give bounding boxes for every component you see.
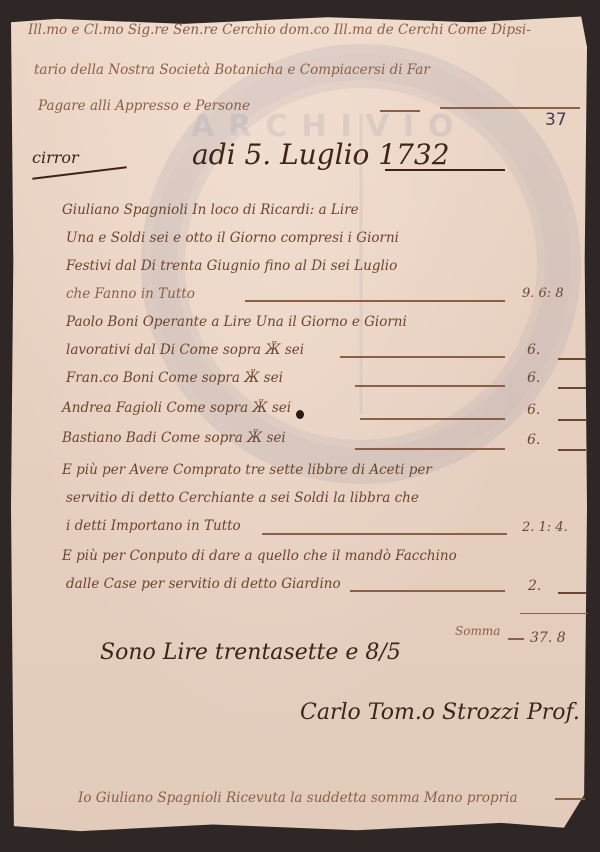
- header-line-1: Ill.mo e Cl.mo Sig.re Sen.re Cerchio dom…: [28, 22, 531, 38]
- amount-rule: [558, 419, 586, 421]
- leader-dashes: [350, 590, 505, 592]
- entry-amount: 6.: [527, 342, 540, 358]
- entry-amount: 2.: [528, 578, 541, 594]
- date-line: adi 5. Luglio 1732: [192, 138, 450, 171]
- leader-dashes: [355, 385, 505, 387]
- left-mark: cirror: [32, 148, 79, 167]
- entry-line: E più per Conputo di dare a quello che i…: [62, 548, 457, 564]
- entry-amount: 2. 1: 4.: [522, 520, 568, 535]
- page-number: 37: [545, 110, 567, 130]
- entry-line: i detti Importano in Tutto: [66, 518, 241, 534]
- total-rule: [520, 613, 588, 614]
- entry-line: Paolo Boni Operante a Lire Una il Giorno…: [66, 314, 407, 330]
- receipt-line: Io Giuliano Spagnioli Ricevuta la suddet…: [78, 790, 518, 806]
- ink-blot: [296, 410, 304, 419]
- leader-dashes: [355, 448, 505, 450]
- amount-rule: [558, 358, 586, 360]
- entry-line: servitio di detto Cerchiante a sei Soldi…: [66, 490, 419, 506]
- total-label: Somma: [455, 624, 500, 638]
- entry-line: lavorativi dal Di Come sopra Ӝ sei: [66, 342, 304, 358]
- date-underline: [385, 169, 505, 171]
- header-line-2: tario della Nostra Società Botanicha e C…: [34, 62, 430, 78]
- leader-dashes: [262, 533, 507, 535]
- entry-line: Una e Soldi sei e otto il Giorno compres…: [66, 230, 399, 246]
- leader-dashes: [340, 356, 505, 358]
- entry-amount: 9. 6: 8: [522, 286, 564, 301]
- entry-line: Andrea Fagioli Come sopra Ӝ sei: [62, 400, 291, 416]
- signature: Carlo Tom.o Strozzi Prof.: [300, 700, 580, 725]
- entry-line: Giuliano Spagnioli In loco di Ricardi: a…: [62, 202, 359, 218]
- entry-line: dalle Case per servitio di detto Giardin…: [66, 576, 341, 592]
- leader-dashes: [245, 300, 505, 302]
- header-dash: [380, 110, 420, 112]
- leader-dashes: [360, 418, 505, 420]
- entry-amount: 6.: [527, 432, 540, 448]
- amount-rule: [558, 449, 586, 451]
- amount-rule: [558, 387, 586, 389]
- receipt-dash: [555, 798, 585, 800]
- header-line-3: Pagare alli Appresso e Persone: [38, 98, 250, 114]
- entry-line: Fran.co Boni Come sopra Ӝ sei: [66, 370, 283, 386]
- entry-amount: 6.: [527, 370, 540, 386]
- total-amount: 37. 8: [530, 630, 566, 646]
- amount-rule: [558, 592, 586, 594]
- sum-in-words: Sono Lire trentasette e 8/5: [100, 640, 401, 665]
- entry-line: che Fanno in Tutto: [66, 286, 195, 302]
- total-dash: [508, 638, 524, 640]
- entry-line: E più per Avere Comprato tre sette libbr…: [62, 462, 432, 478]
- entry-line: Festivi dal Di trenta Giugnio fino al Di…: [66, 258, 397, 274]
- entry-line: Bastiano Badi Come sopra Ӝ sei: [62, 430, 286, 446]
- header-dash: [440, 107, 580, 109]
- entry-amount: 6.: [527, 402, 540, 418]
